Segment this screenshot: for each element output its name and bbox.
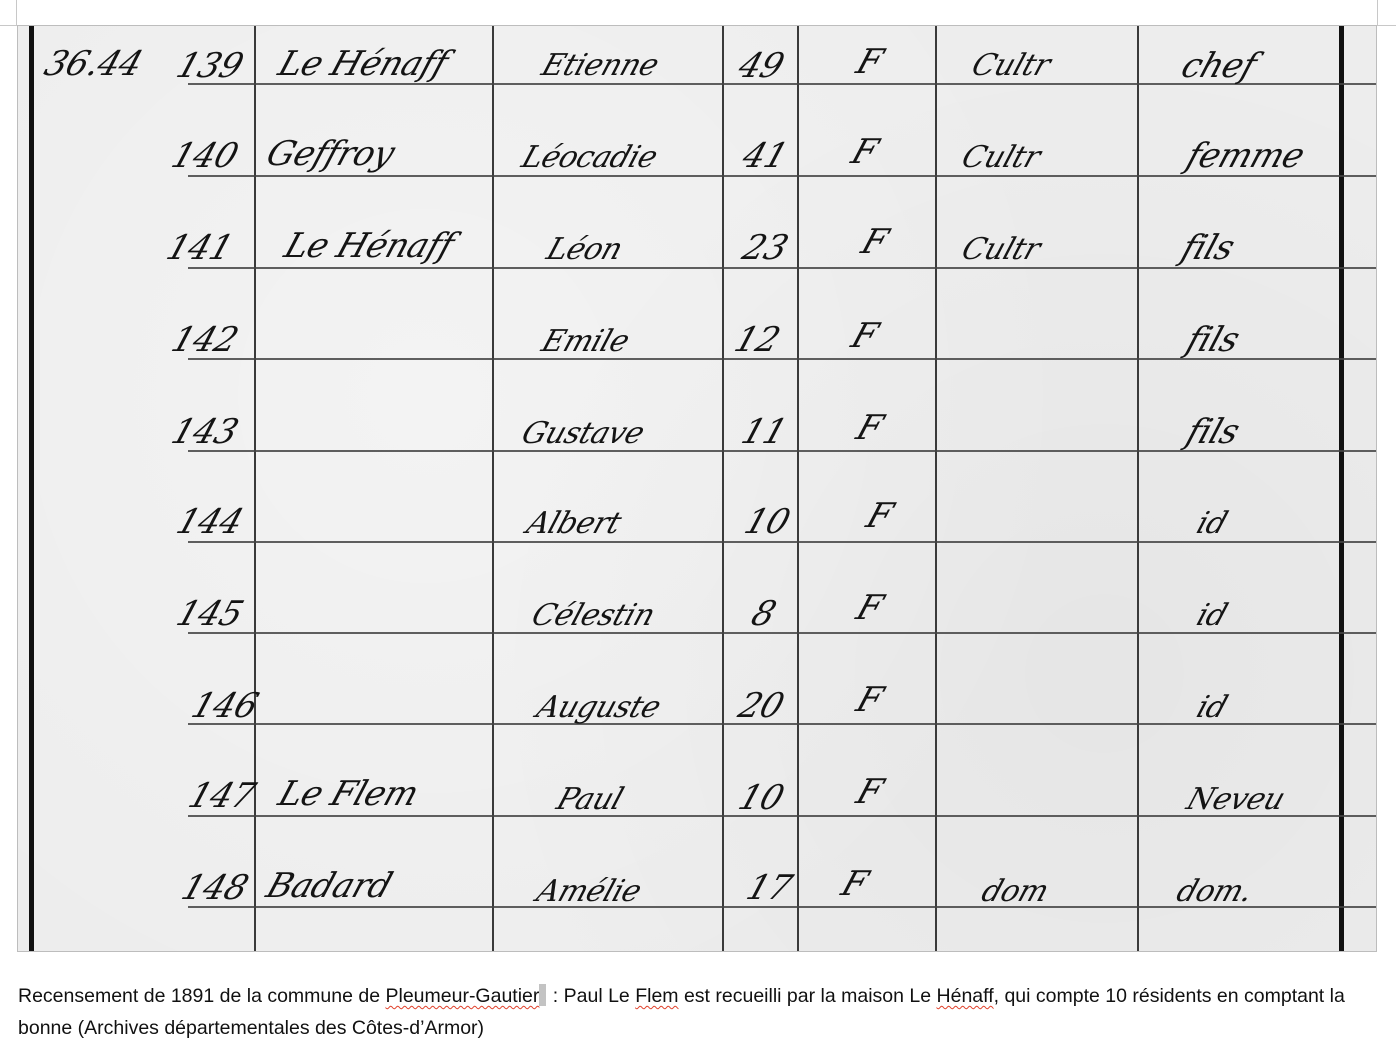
- age: 41: [738, 136, 793, 176]
- nationality: F: [852, 408, 888, 448]
- individual-number: 140: [167, 136, 243, 176]
- surname: Le Flem: [274, 774, 424, 814]
- nationality: F: [847, 316, 883, 356]
- individual-number: 148: [177, 868, 253, 908]
- age: 23: [738, 228, 793, 268]
- spellcheck-flagged-word[interactable]: Flem: [635, 985, 678, 1007]
- row-rule: [188, 541, 1376, 543]
- nationality: F: [857, 222, 893, 262]
- margin-guide-right: [1377, 0, 1378, 26]
- household-position: fils: [1182, 412, 1245, 452]
- household-position: Neveu: [1182, 782, 1289, 817]
- nationality: F: [847, 132, 883, 172]
- age: 8: [747, 594, 781, 634]
- nationality: F: [852, 772, 888, 812]
- spellcheck-flagged-word[interactable]: Pleumeur-Gautier: [385, 985, 539, 1007]
- household-position: id: [1192, 506, 1231, 541]
- nationality: F: [837, 864, 873, 904]
- age: 17: [742, 868, 797, 908]
- column-rule: [254, 26, 256, 951]
- column-rule: [1137, 26, 1139, 951]
- column-rule: [492, 26, 494, 951]
- spellcheck-flagged-word[interactable]: Hénaff: [937, 985, 994, 1007]
- surname: Badard: [262, 866, 397, 906]
- column-rule: [935, 26, 937, 951]
- age: 20: [734, 686, 789, 726]
- surname: Geffroy: [262, 134, 400, 174]
- household-position: dom.: [1172, 874, 1257, 909]
- text-cursor: [539, 984, 546, 1006]
- profession: Cultr: [957, 140, 1044, 175]
- first-name: Léocadie: [517, 140, 661, 175]
- menage-number: 36.44: [40, 44, 148, 84]
- profession: Cultr: [967, 48, 1054, 83]
- first-name: Gustave: [517, 416, 648, 451]
- census-scan-image[interactable]: 36.44 139 Le Hénaff Etienne 49 F Cultr c…: [17, 25, 1377, 952]
- individual-number: 141: [162, 228, 238, 268]
- individual-number: 147: [184, 776, 260, 816]
- surname: Le Hénaff: [280, 226, 459, 266]
- profession: Cultr: [957, 232, 1044, 267]
- first-name: Paul: [552, 782, 627, 817]
- first-name: Albert: [522, 506, 625, 541]
- age: 10: [734, 778, 789, 818]
- column-rule: [29, 26, 34, 951]
- nationality: F: [852, 42, 888, 82]
- household-position: chef: [1177, 46, 1262, 86]
- margin-guide-top-right: [1377, 25, 1396, 26]
- first-name: Célestin: [527, 598, 659, 633]
- age: 11: [737, 412, 792, 452]
- first-name: Léon: [542, 232, 626, 267]
- figure-caption[interactable]: Recensement de 1891 de la commune de Ple…: [18, 980, 1378, 1044]
- column-rule: [797, 26, 799, 951]
- individual-number: 142: [167, 320, 243, 360]
- age: 12: [730, 320, 785, 360]
- first-name: Etienne: [537, 48, 663, 83]
- surname: Le Hénaff: [274, 44, 453, 84]
- age: 49: [734, 46, 789, 86]
- margin-guide-top-left: [0, 25, 18, 26]
- nationality: F: [852, 680, 888, 720]
- nationality: F: [852, 588, 888, 628]
- individual-number: 144: [172, 502, 248, 542]
- nationality: F: [862, 496, 898, 536]
- household-position: id: [1192, 598, 1231, 633]
- column-rule: [1339, 26, 1344, 951]
- first-name: Amélie: [532, 874, 645, 909]
- household-position: id: [1192, 690, 1231, 725]
- caption-text: : Paul Le: [547, 985, 635, 1007]
- individual-number: 143: [167, 412, 243, 452]
- individual-number: 146: [187, 686, 263, 726]
- household-position: fils: [1182, 320, 1245, 360]
- caption-text: est recueilli par la maison Le: [679, 985, 937, 1007]
- first-name: Auguste: [532, 690, 665, 725]
- individual-number: 145: [172, 594, 248, 634]
- column-rule: [722, 26, 724, 951]
- profession: dom: [977, 874, 1053, 909]
- first-name: Emile: [537, 324, 633, 359]
- margin-guide-left: [16, 0, 17, 26]
- household-position: femme: [1182, 136, 1310, 176]
- individual-number: 139: [172, 46, 248, 86]
- age: 10: [740, 502, 795, 542]
- household-position: fils: [1177, 228, 1240, 268]
- caption-text: Recensement de 1891 de la commune de: [18, 985, 385, 1007]
